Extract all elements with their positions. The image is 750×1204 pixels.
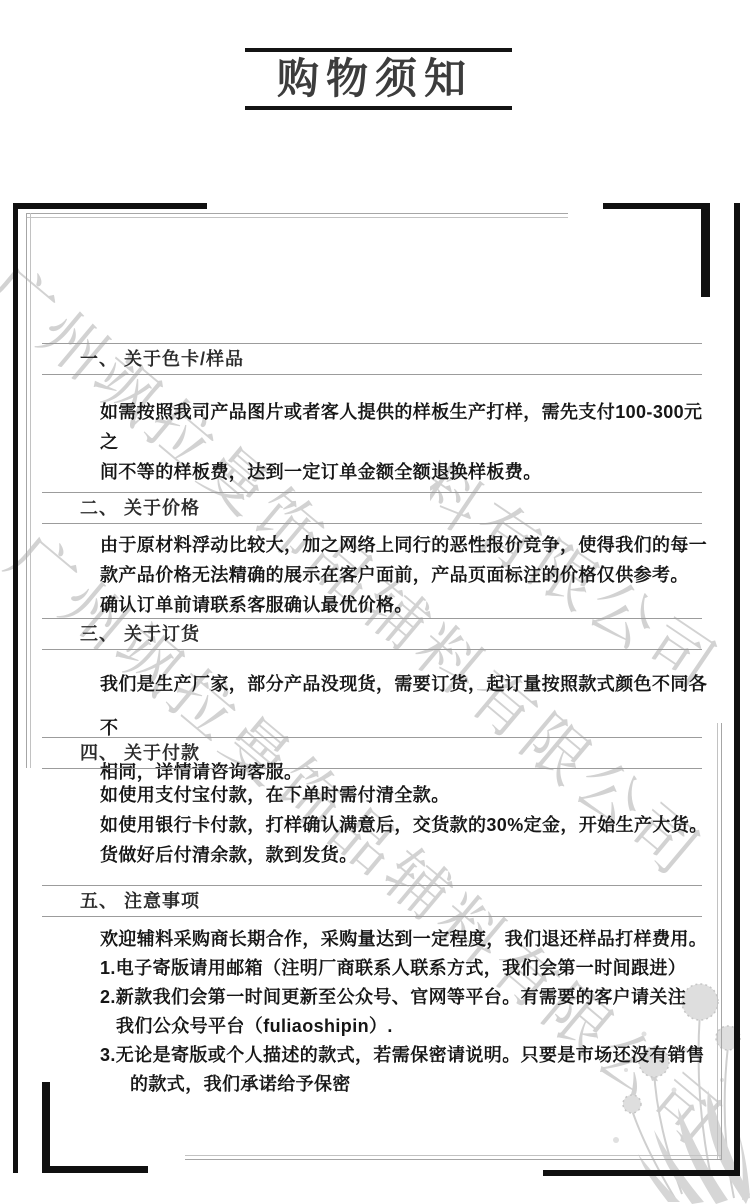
section-4-body: 如使用支付宝付款，在下单时需付清全款。 如使用银行卡付款，打样确认满意后，交货款… xyxy=(100,780,716,870)
body-line: 如需按照我司产品图片或者客人提供的样板生产打样，需先支付100-300元之 xyxy=(100,397,716,457)
body-line: 如使用支付宝付款，在下单时需付清全款。 xyxy=(100,780,716,810)
frame-bottom-left-bracket-h xyxy=(42,1166,148,1173)
section-3-body: 我们是生产厂家，部分产品没现货，需要订货，起订量按照款式颜色不同各不 相同，详情… xyxy=(100,662,716,794)
section-4-heading: 四、 关于付款 xyxy=(42,737,702,769)
section-3-heading: 三、 关于订货 xyxy=(42,618,702,650)
frame-top-right-bracket-v xyxy=(701,203,710,297)
body-line: 确认订单前请联系客服确认最优价格。 xyxy=(100,590,716,620)
page-title: 购物须知 xyxy=(0,51,750,107)
section-5-heading: 五、 注意事项 xyxy=(42,885,702,917)
section-2-heading: 二、 关于价格 xyxy=(42,492,702,524)
inner-border-bottom xyxy=(185,1155,721,1160)
frame-right-line xyxy=(734,203,740,1176)
frame-top-left-bracket xyxy=(13,203,207,209)
frame-top-right-bracket-h xyxy=(603,203,710,209)
section-2-body: 由于原材料浮动比较大，加之网络上同行的恶性报价竞争，使得我们的每一 款产品价格无… xyxy=(100,530,716,620)
body-line: 1.电子寄版请用邮箱（注明厂商联系人联系方式，我们会第一时间跟进） xyxy=(100,954,716,983)
inner-border-right xyxy=(717,723,722,1160)
inner-border-top xyxy=(26,213,568,218)
body-line: 3.无论是寄版或个人描述的款式，若需保密请说明。只要是市场还没有销售 xyxy=(100,1041,716,1070)
section-1-heading: 一、 关于色卡/样品 xyxy=(42,343,702,375)
body-line: 的款式，我们承诺给予保密 xyxy=(100,1070,716,1099)
body-line: 款产品价格无法精确的展示在客户面前，产品页面标注的价格仅供参考。 xyxy=(100,560,716,590)
body-line: 由于原材料浮动比较大，加之网络上同行的恶性报价竞争，使得我们的每一 xyxy=(100,530,716,560)
section-1-body: 如需按照我司产品图片或者客人提供的样板生产打样，需先支付100-300元之 间不… xyxy=(100,397,716,487)
shopping-notice-page: 购物须知 广州飒拉曼饰品辅料有限公司 广州飒拉曼饰品辅料有限公司 广州飒拉曼饰品… xyxy=(0,0,750,1204)
inner-border-left xyxy=(26,213,31,768)
body-line: 货做好后付清余款，款到发货。 xyxy=(100,840,716,870)
title-bottom-rule xyxy=(245,106,512,110)
section-5-body: 欢迎辅料采购商长期合作，采购量达到一定程度，我们退还样品打样费用。 1.电子寄版… xyxy=(100,925,716,1099)
body-line: 我们公众号平台（fuliaoshipin）. xyxy=(100,1012,716,1041)
body-line: 间不等的样板费，达到一定订单金额全额退换样板费。 xyxy=(100,457,716,487)
body-line: 如使用银行卡付款，打样确认满意后，交货款的30%定金，开始生产大货。 xyxy=(100,810,716,840)
frame-left-line xyxy=(13,203,18,1173)
body-line: 欢迎辅料采购商长期合作，采购量达到一定程度，我们退还样品打样费用。 xyxy=(100,925,716,954)
frame-bottom-right-line xyxy=(543,1170,740,1176)
body-line: 2.新款我们会第一时间更新至公众号、官网等平台。有需要的客户请关注 xyxy=(100,983,716,1012)
frame-bottom-left-bracket-v xyxy=(42,1082,50,1173)
